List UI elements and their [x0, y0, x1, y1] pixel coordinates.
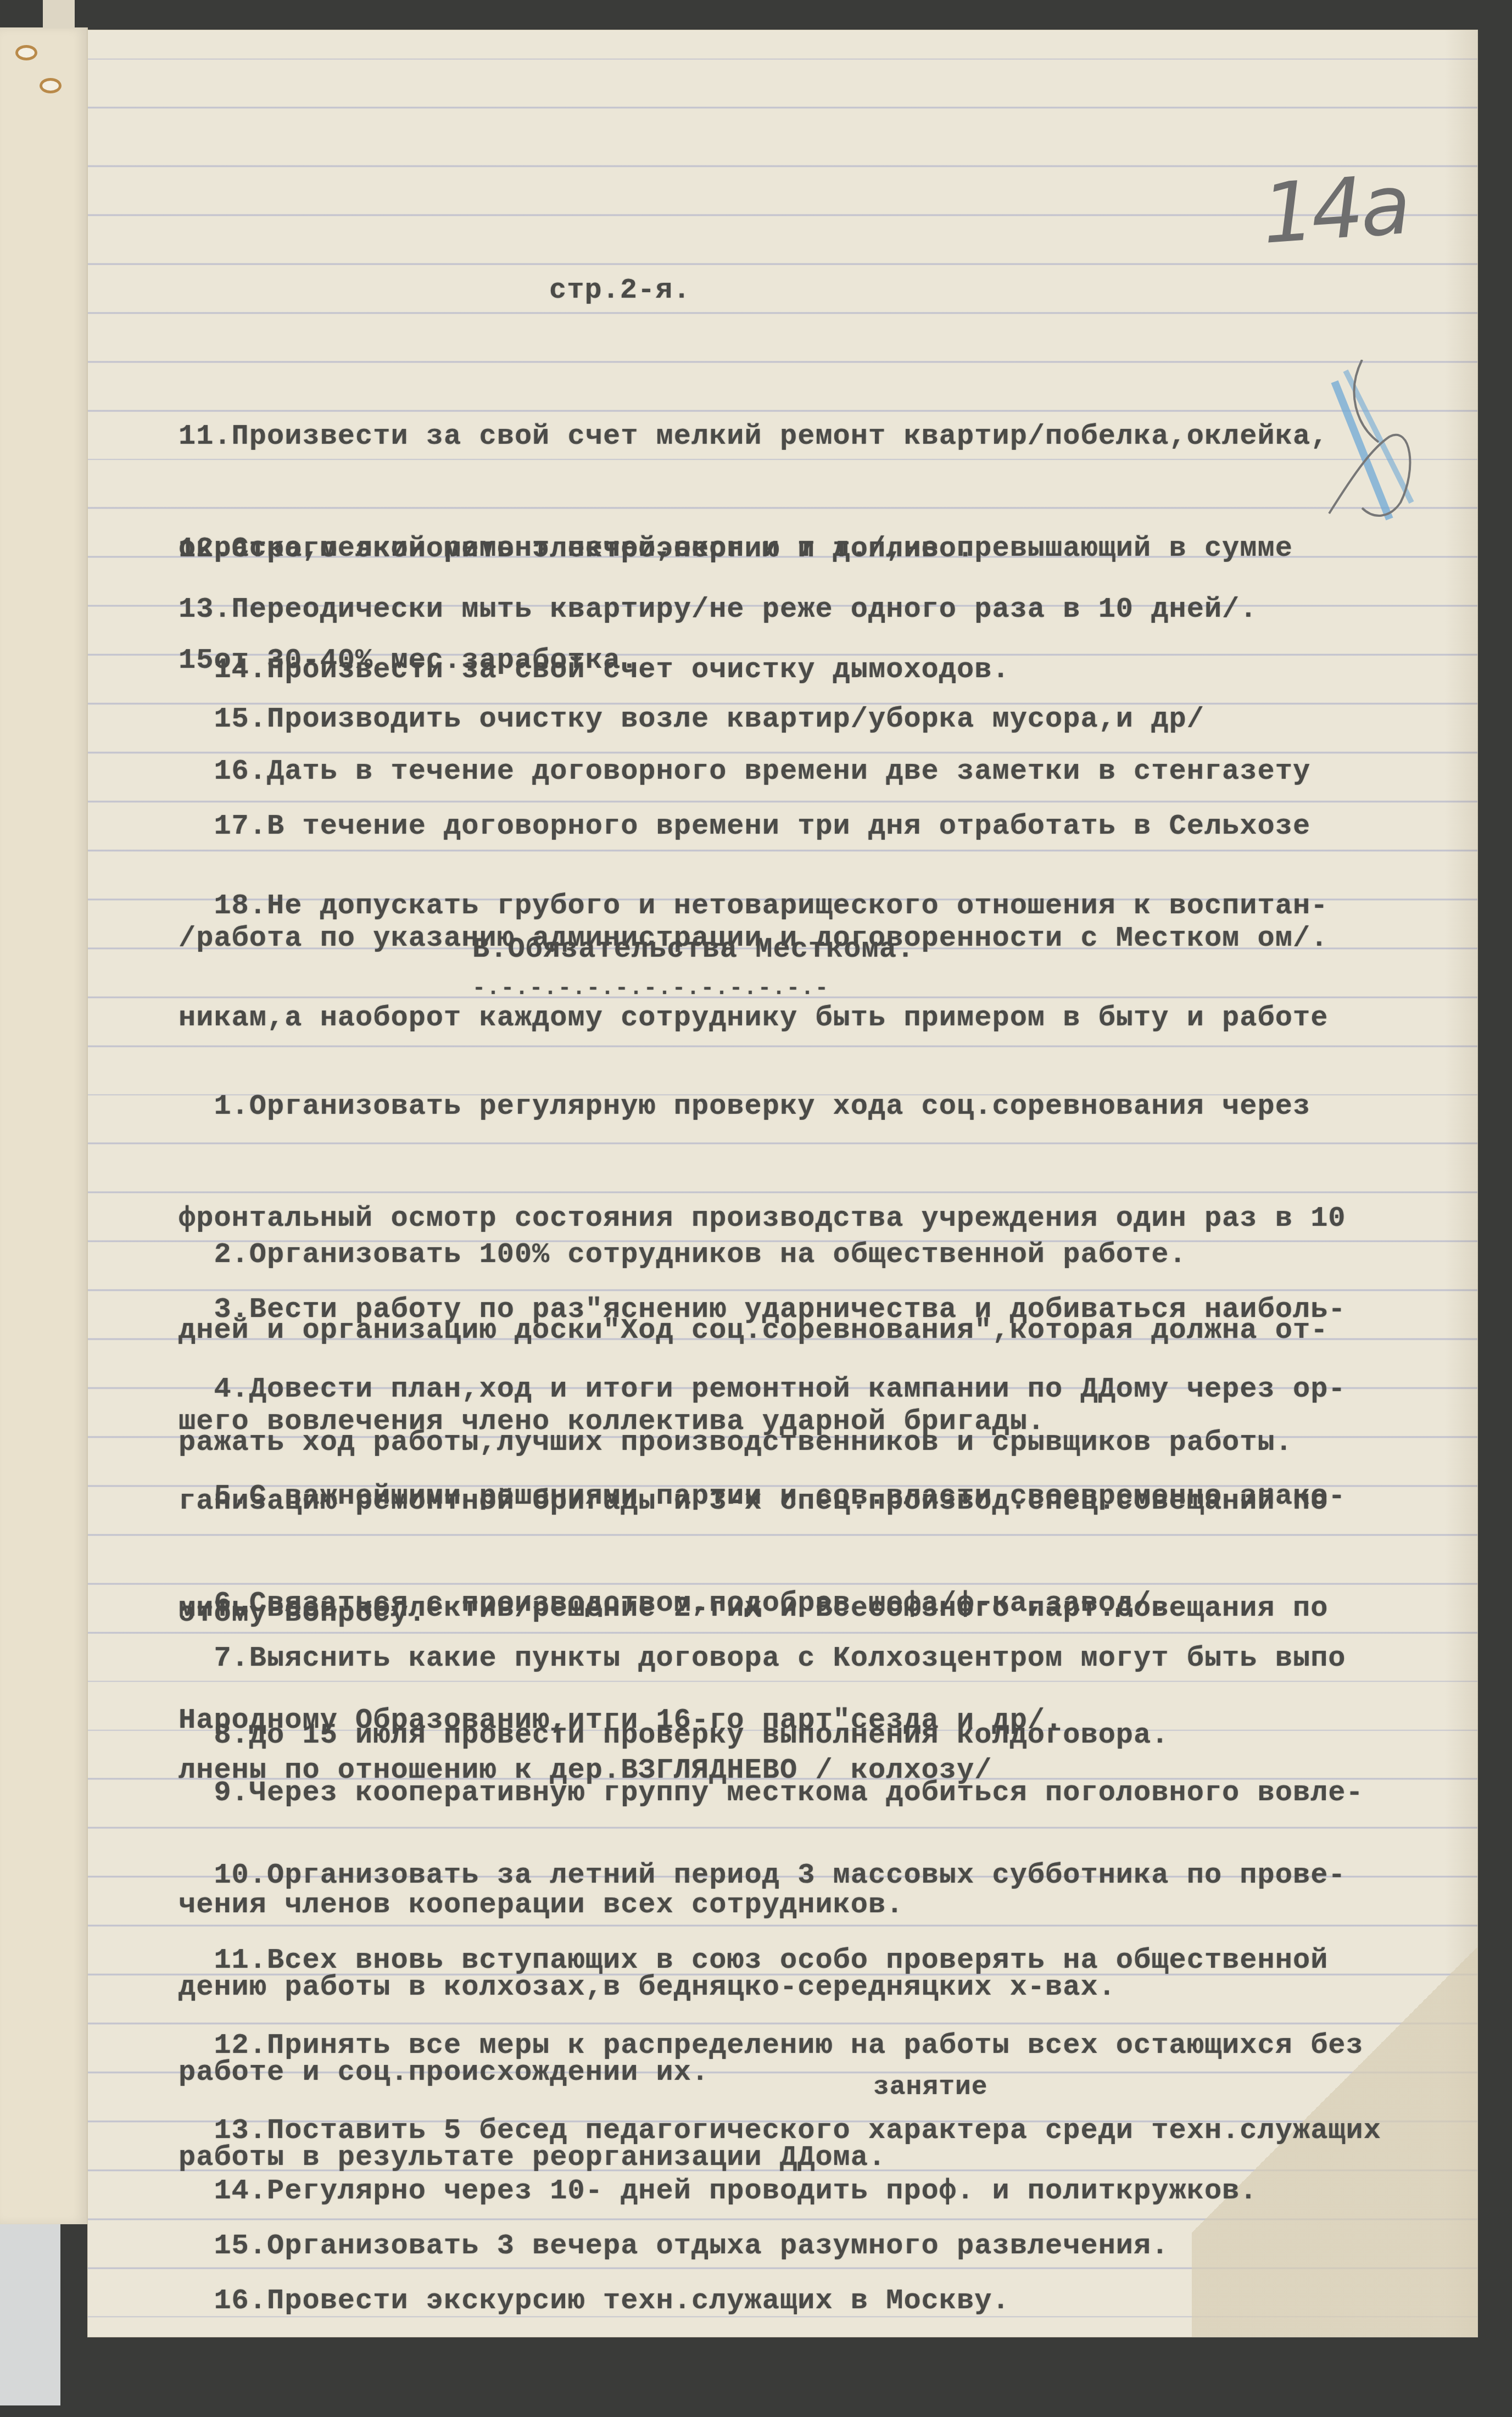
- line: 16.Провести экскурсию техн.служащих в Мо…: [178, 2282, 1010, 2320]
- line: 5.С важнейшими решениями партии и сов.вл…: [178, 1478, 1346, 1515]
- binding-tape: [43, 0, 75, 29]
- list-item-b16: 16.Провести экскурсию техн.служащих в Мо…: [178, 2208, 1010, 2394]
- section-heading-underline: -.-.-.-.-.-.-.-.-.-.-.-.-: [472, 970, 829, 1008]
- blue-pencil-mark: [1324, 360, 1422, 524]
- binding-tape-bottom: [0, 2224, 60, 2405]
- punch-hole: [15, 45, 37, 60]
- line: 11.Произвести за свой счет мелкий ремонт…: [178, 418, 1328, 455]
- line: 4.Довести план,ход и итоги ремонтной кам…: [178, 1371, 1346, 1408]
- punch-hole: [40, 78, 62, 93]
- section-heading: В.Обязательства Месткома.: [472, 931, 914, 968]
- line: 1.Организовать регулярную проверку хода …: [178, 1088, 1346, 1125]
- folio-number: 14а: [1259, 157, 1410, 263]
- adjacent-left-page: [0, 27, 88, 2224]
- line: 18.Не допускать грубого и нетоварищеског…: [178, 887, 1328, 925]
- page-label: стр.2-я.: [549, 272, 691, 309]
- document-page: 14а стр.2-я. 11.Произвести за свой счет …: [88, 30, 1477, 2337]
